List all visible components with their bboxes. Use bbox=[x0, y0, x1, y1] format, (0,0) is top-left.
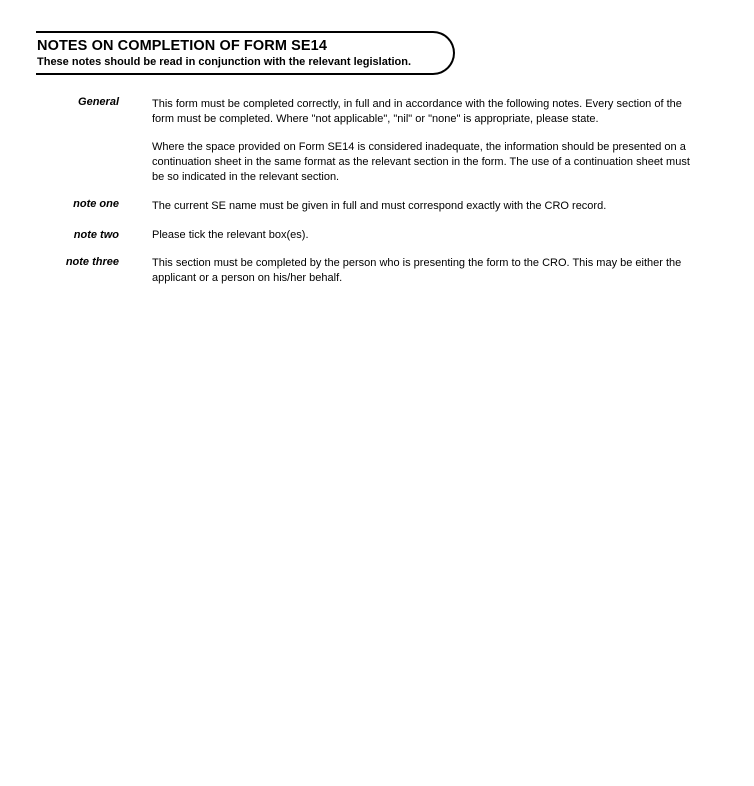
text-line: form must be completed. Where "not appli… bbox=[152, 112, 752, 127]
note-label-general: General bbox=[78, 96, 119, 108]
text-line: continuation sheet in the same format as… bbox=[152, 155, 752, 170]
page-title: NOTES ON COMPLETION OF FORM SE14 bbox=[37, 38, 327, 54]
note-two-text: Please tick the relevant box(es). bbox=[152, 228, 752, 243]
text-line: be so indicated in the relevant section. bbox=[152, 170, 752, 185]
text-line: Where the space provided on Form SE14 is… bbox=[152, 140, 752, 155]
text-line: This section must be completed by the pe… bbox=[152, 256, 752, 271]
note-label-two: note two bbox=[74, 229, 119, 241]
note-label-three: note three bbox=[66, 256, 119, 268]
text-line: The current SE name must be given in ful… bbox=[152, 199, 752, 214]
note-three-text: This section must be completed by the pe… bbox=[152, 256, 752, 286]
note-one-text: The current SE name must be given in ful… bbox=[152, 199, 752, 214]
note-general-paragraph-2: Where the space provided on Form SE14 is… bbox=[152, 140, 752, 185]
page-subtitle: These notes should be read in conjunctio… bbox=[37, 56, 411, 68]
text-line: applicant or a person on his/her behalf. bbox=[152, 271, 752, 286]
text-line: Please tick the relevant box(es). bbox=[152, 228, 752, 243]
note-label-one: note one bbox=[73, 198, 119, 210]
text-line: This form must be completed correctly, i… bbox=[152, 97, 752, 112]
note-general-paragraph-1: This form must be completed correctly, i… bbox=[152, 97, 752, 127]
